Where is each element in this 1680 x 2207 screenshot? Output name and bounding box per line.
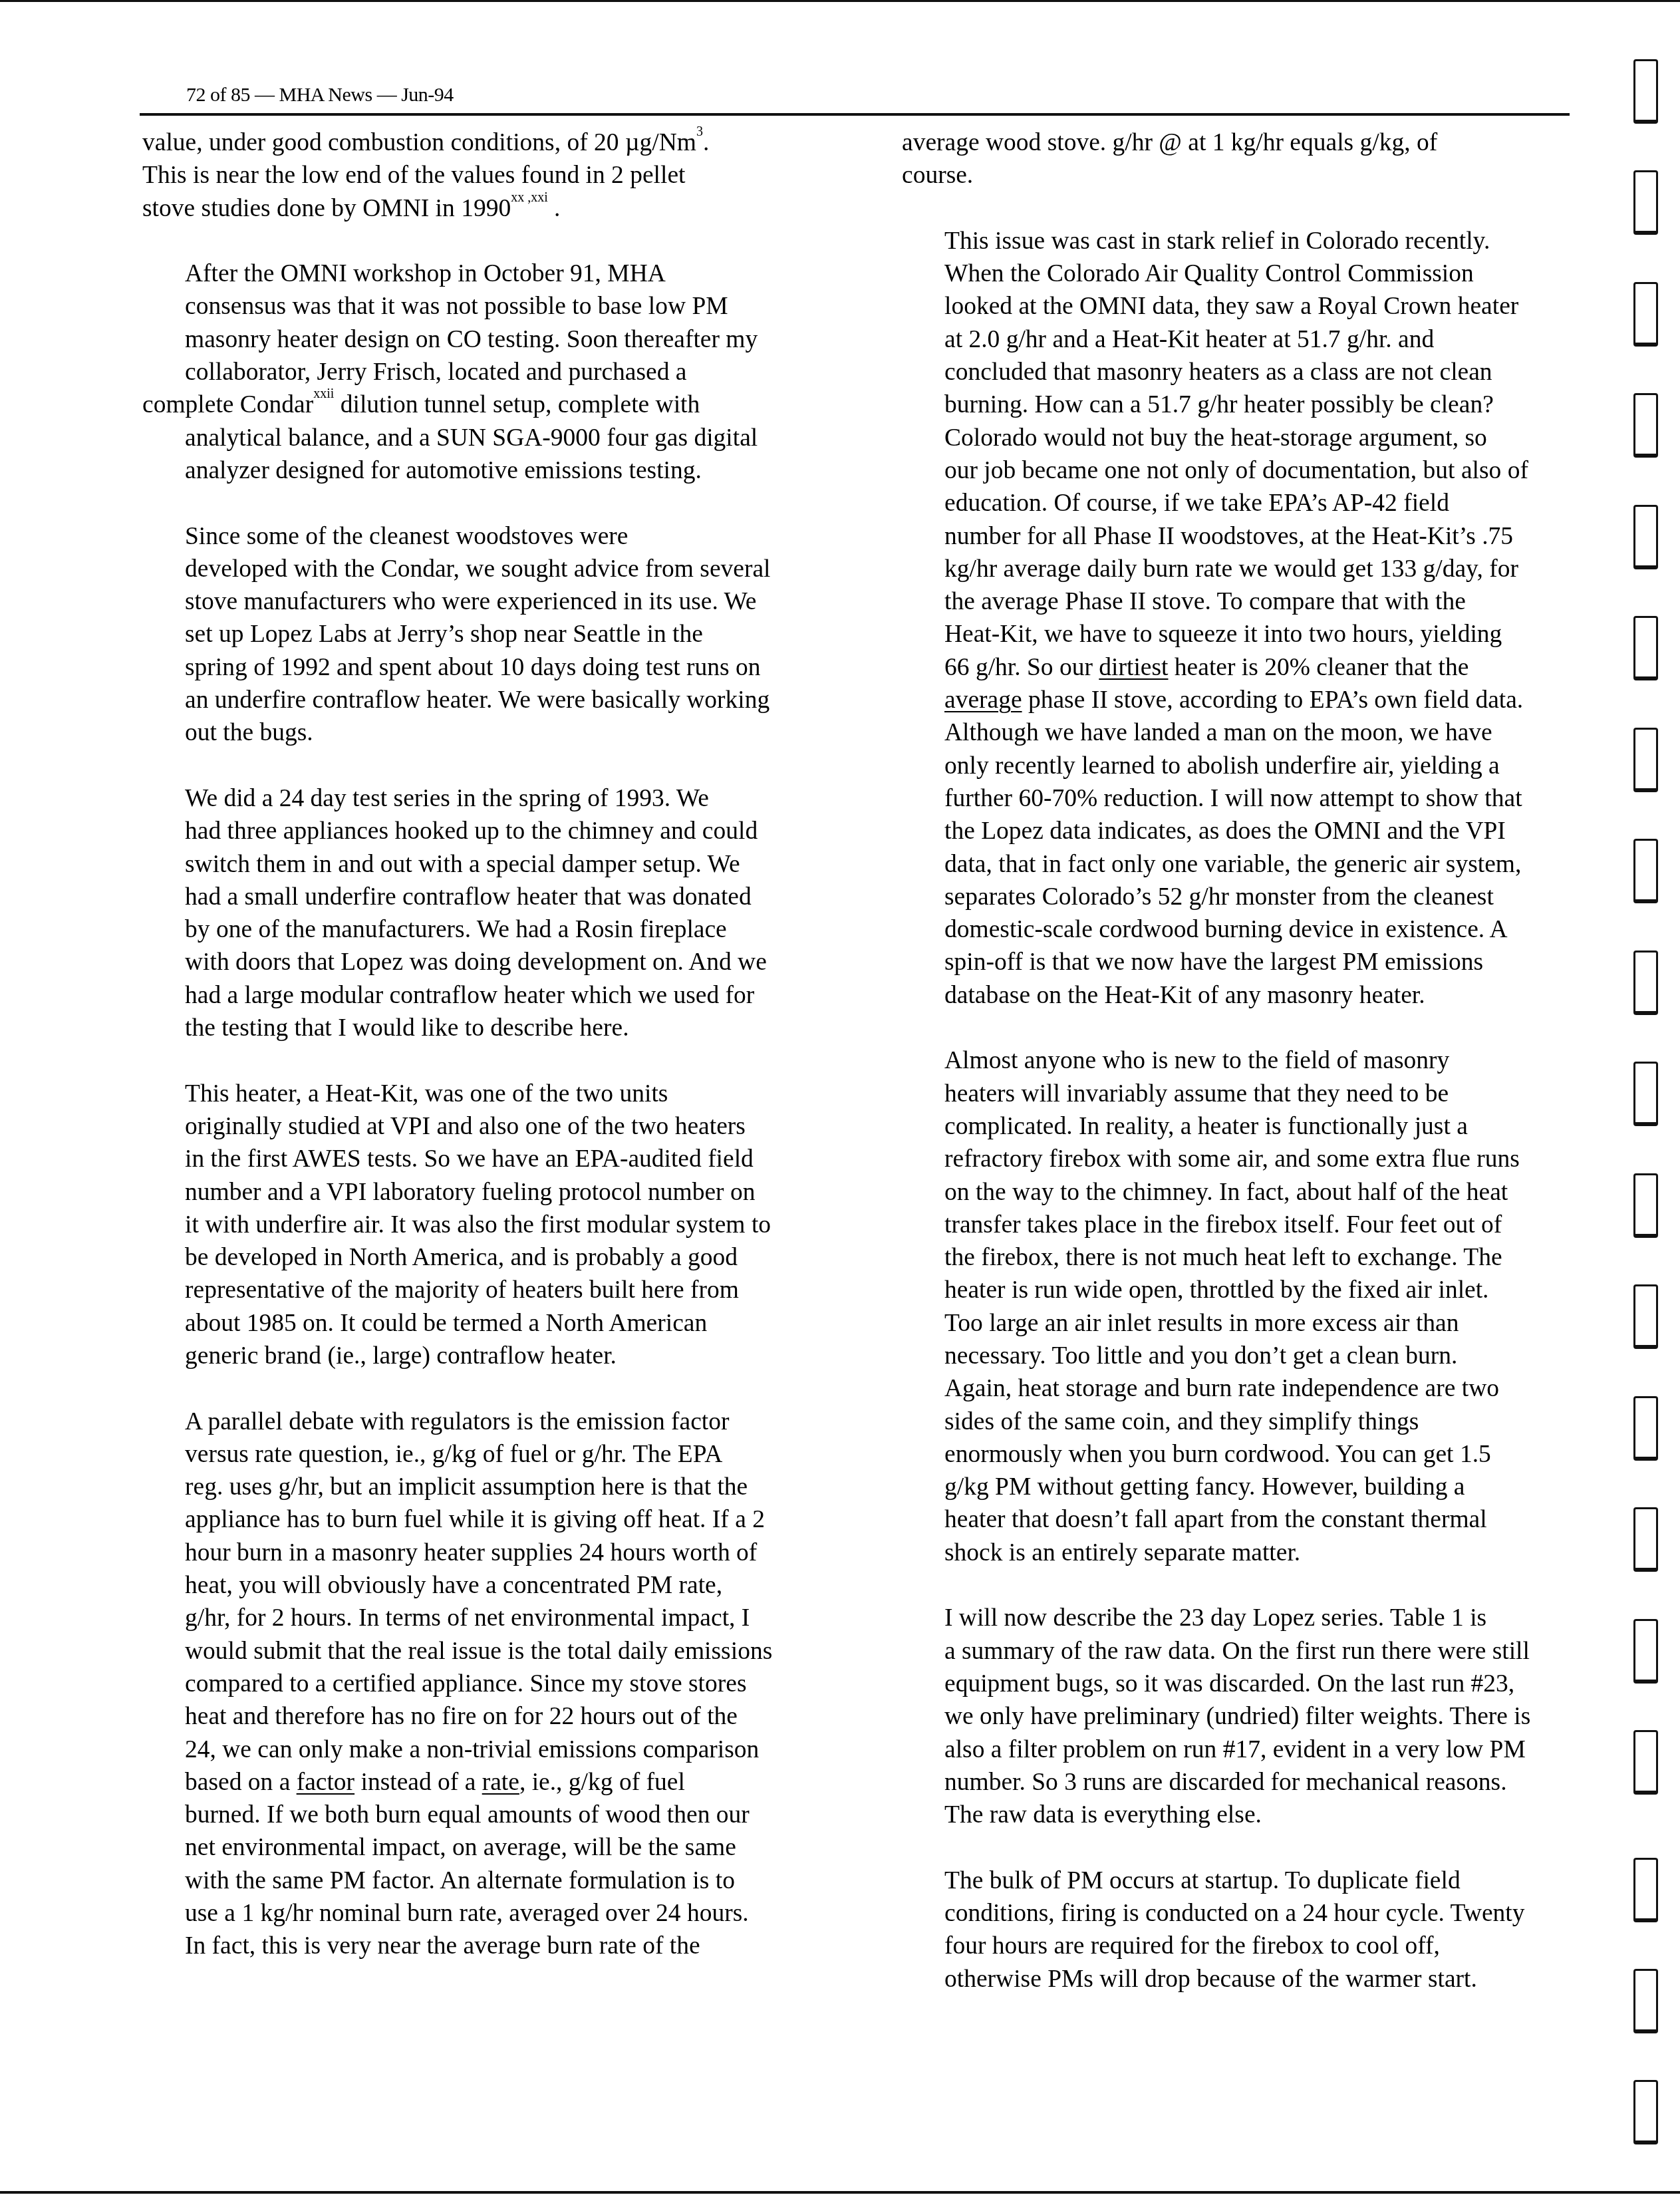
paragraph-24-day-test: We did a 24 day test series in the sprin… (142, 782, 807, 1044)
binder-hole-icon (1633, 839, 1658, 903)
binder-hole-icon (1633, 1969, 1658, 2033)
binder-hole-icon (1633, 2080, 1658, 2144)
footnote-ref: xx ,xxi (511, 190, 548, 205)
paragraph-startup-pm: The bulk of PM occurs at startup. To dup… (902, 1864, 1567, 1995)
paragraph-factor-vs-rate: A parallel debate with regulators is the… (142, 1405, 807, 1963)
paragraph-continuation: value, under good combustion conditions,… (142, 126, 807, 225)
top-border-rule (0, 0, 1680, 2)
binder-hole-icon (1633, 1507, 1658, 1572)
binder-hole-icon (1633, 393, 1658, 458)
binder-hole-icon (1633, 728, 1658, 792)
running-head: 72 of 85 — MHA News — Jun-94 (186, 84, 454, 106)
paragraph-masonry-simplicity: Almost anyone who is new to the field of… (902, 1044, 1567, 1569)
superscript: 3 (696, 124, 703, 139)
binder-hole-icon (1633, 1173, 1658, 1238)
binder-hole-icon (1633, 170, 1658, 235)
binder-hole-icon (1633, 1396, 1658, 1461)
bottom-border-rule (0, 2191, 1680, 2194)
right-column: average wood stove. g/hr @ at 1 kg/hr eq… (902, 126, 1567, 2028)
binder-hole-icon (1633, 59, 1658, 124)
binder-hole-icon (1633, 505, 1658, 569)
paragraph-colorado: This issue was cast in stark relief in C… (902, 225, 1567, 1012)
binder-hole-icon (1633, 282, 1658, 347)
footnote-ref: xxii (313, 386, 334, 401)
underlined-rate: rate (482, 1769, 519, 1796)
underlined-average: average (944, 686, 1022, 714)
binder-hole-icon (1633, 1858, 1658, 1922)
paragraph-continuation: average wood stove. g/hr @ at 1 kg/hr eq… (902, 126, 1567, 192)
paragraph-condar-advice: Since some of the cleanest woodstoves we… (142, 520, 807, 750)
binder-hole-icon (1633, 616, 1658, 680)
binder-hole-icon (1633, 1730, 1658, 1795)
header-rule (140, 113, 1570, 116)
underlined-factor: factor (297, 1769, 354, 1796)
binder-hole-icon (1633, 1284, 1658, 1349)
binder-hole-icon (1633, 951, 1658, 1015)
paragraph-heat-kit: This heater, a Heat-Kit, was one of the … (142, 1078, 807, 1373)
left-column: value, under good combustion conditions,… (142, 126, 807, 1995)
paragraph-omni-workshop: After the OMNI workshop in October 91, M… (142, 257, 807, 487)
underlined-dirtiest: dirtiest (1099, 654, 1168, 681)
paragraph-lopez-series: I will now describe the 23 day Lopez ser… (902, 1602, 1567, 1831)
binder-hole-icon (1633, 1062, 1658, 1126)
binder-hole-icon (1633, 1619, 1658, 1684)
